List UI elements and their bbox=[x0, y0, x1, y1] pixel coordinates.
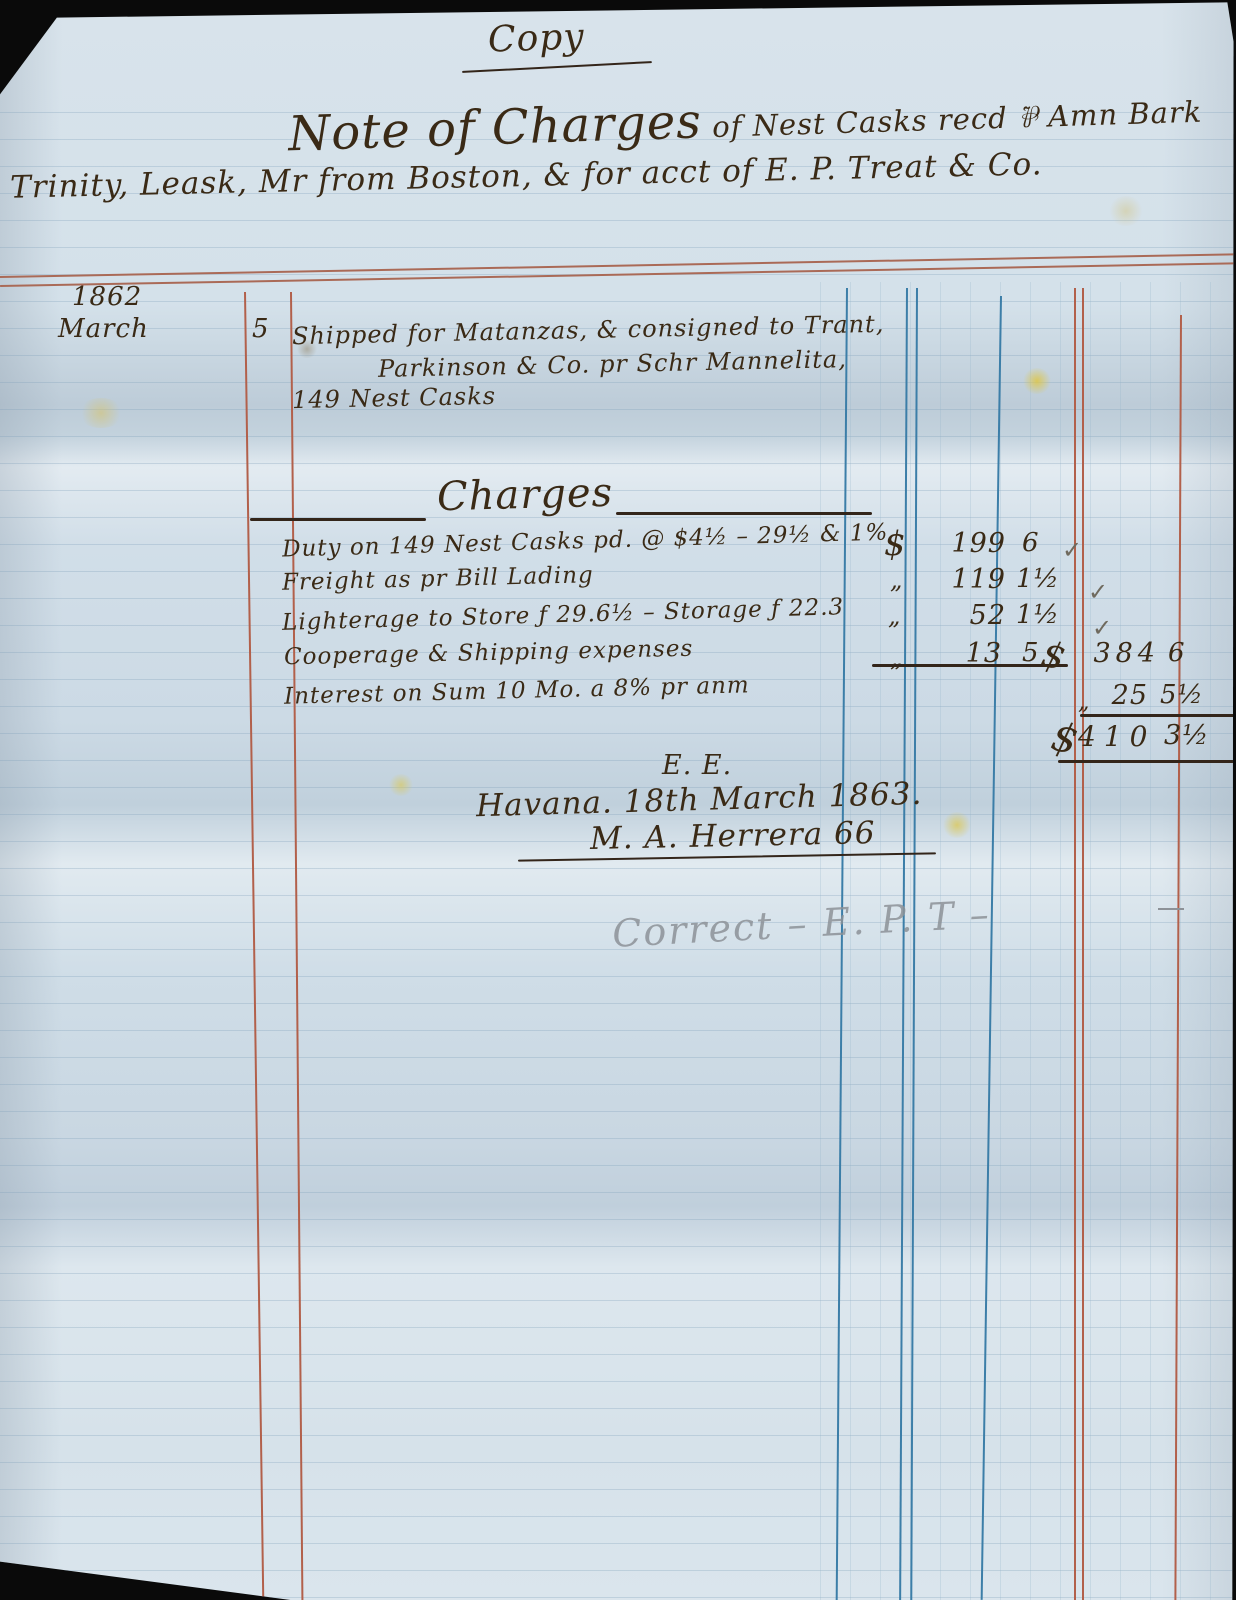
charge-amount: 119 bbox=[924, 564, 1006, 595]
check-mark-icon: ✓ bbox=[1062, 536, 1082, 564]
charge-fraction: 1½ bbox=[1016, 564, 1060, 594]
scanned-document: Copy Note of Charges of Nest Casks recd … bbox=[0, 0, 1236, 1600]
ledger-paper: Copy Note of Charges of Nest Casks recd … bbox=[0, 0, 1236, 1600]
copy-underline bbox=[462, 61, 652, 73]
subtotal-fraction: 6 bbox=[1168, 638, 1186, 668]
charges-heading: Charges bbox=[436, 470, 613, 521]
ditto-mark: „ bbox=[1078, 690, 1090, 715]
interest-amount: 25 bbox=[1096, 680, 1148, 711]
ditto-mark: „ bbox=[890, 644, 903, 672]
interest-fraction: 5½ bbox=[1160, 680, 1204, 710]
subtotal-amount: 384 bbox=[1084, 638, 1160, 669]
column-red-line-1b bbox=[1082, 288, 1084, 1600]
total-amount: 410 bbox=[1078, 720, 1152, 753]
copy-label: Copy bbox=[487, 16, 585, 60]
charge-fraction: 1½ bbox=[1016, 600, 1060, 630]
check-mark-icon: ✓ bbox=[1088, 578, 1108, 606]
errors-excepted: E. E. bbox=[662, 750, 732, 781]
entry-day: 5 bbox=[252, 314, 270, 344]
pencil-dash bbox=[1158, 908, 1184, 910]
column-red-line-1a bbox=[1074, 288, 1076, 1600]
signature: M. A. Herrera 66 bbox=[590, 815, 876, 857]
ditto-mark: „ bbox=[888, 602, 901, 630]
charge-amount: 199 bbox=[924, 528, 1006, 559]
entry-year: 1862 bbox=[72, 282, 142, 312]
total-fraction: 3½ bbox=[1164, 720, 1209, 751]
interest-underline bbox=[1080, 714, 1236, 717]
entry-month: March bbox=[58, 314, 149, 344]
currency-mark: $ bbox=[884, 524, 907, 564]
charges-rule-right bbox=[616, 512, 872, 515]
ditto-mark: „ bbox=[890, 566, 903, 594]
charge-fraction: 6 bbox=[1022, 528, 1040, 558]
charge-amount: 52 bbox=[924, 600, 1006, 631]
entry-line-3: 149 Nest Casks bbox=[292, 382, 497, 414]
charges-rule-left bbox=[250, 518, 426, 521]
total-underline bbox=[1058, 760, 1236, 763]
